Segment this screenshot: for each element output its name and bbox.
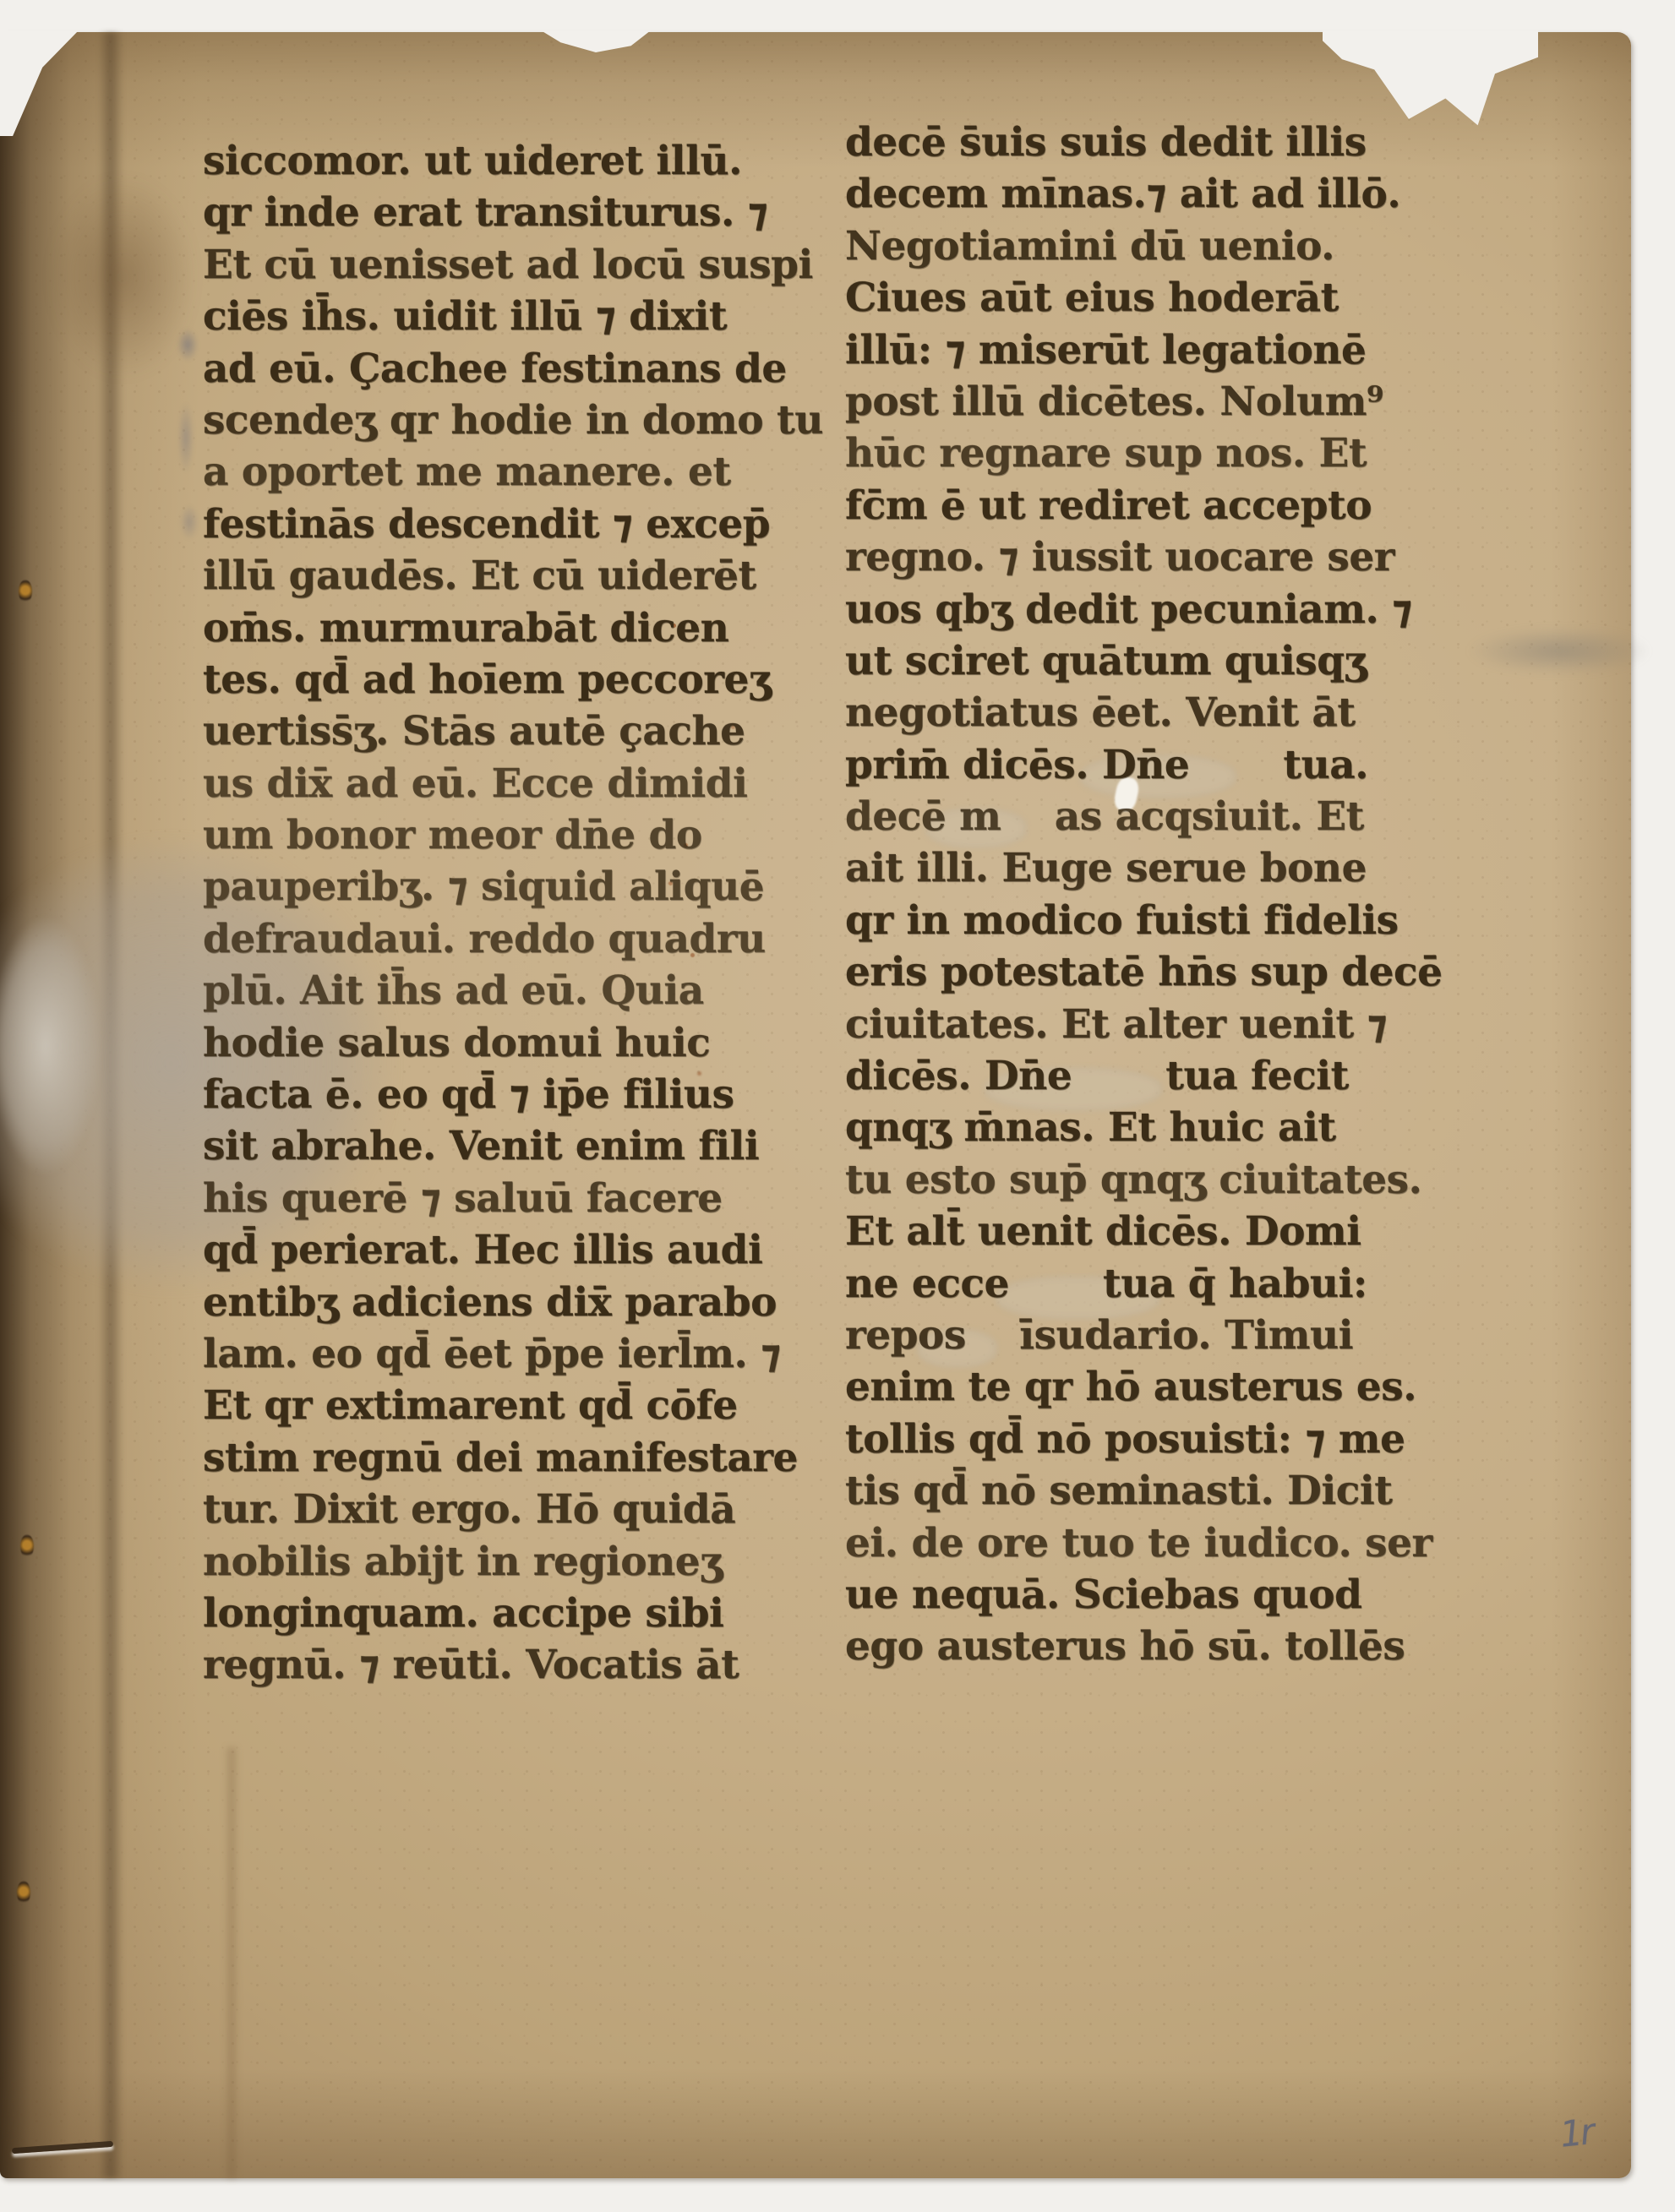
manuscript-line: us dix̄ ad eū. Ecce dimidi (203, 758, 820, 809)
stitch-hole (20, 1534, 34, 1558)
fold-crease (225, 1747, 238, 2178)
manuscript-line: tur. Dixit ergo. Hō quidā (203, 1484, 820, 1535)
text-column-left: siccomor. ut uideret illū.qr inde erat t… (203, 135, 820, 1692)
manuscript-line: Negotiamini dū uenio. (845, 221, 1470, 272)
manuscript-line: decē m as acqsiuit. Et (845, 791, 1470, 842)
stitch-hole (17, 1881, 30, 1904)
manuscript-line: repos īsudario. Timui (845, 1310, 1470, 1361)
manuscript-line: dicēs. Dn̄e tua fecit (845, 1050, 1470, 1102)
manuscript-line: ut sciret quātum quisqʒ (845, 635, 1470, 687)
manuscript-line: uos qbʒ dedit pecuniam. ⁊ (845, 584, 1470, 635)
manuscript-line: ei. de ore tuo te iudico. ser (845, 1517, 1470, 1569)
manuscript-line: qd̄ perierat. Hec illis audi (203, 1224, 820, 1276)
manuscript-line: stim regnū dei manifestare (203, 1432, 820, 1484)
manuscript-line: scendeʒ qr hodie in domo tu (203, 395, 820, 446)
manuscript-line: decē s̄uis suis dedit illis (845, 117, 1470, 168)
manuscript-line: uertiss̄ʒ. Stās autē çache (203, 706, 820, 757)
manuscript-line: Ciues aūt eius hoderāt (845, 272, 1470, 324)
smudge (1458, 619, 1661, 683)
manuscript-line: regno. ⁊ iussit uocare ser (845, 531, 1470, 583)
manuscript-line: pauperibʒ. ⁊ siquid aliquē (203, 861, 820, 913)
manuscript-line: ad eū. Çachee festinans de (203, 343, 820, 395)
manuscript-line: qnqʒ m̄nas. Et huic ait (845, 1102, 1470, 1153)
manuscript-line: siccomor. ut uideret illū. (203, 135, 820, 187)
manuscript-line: ne ecce tua q̄ habui: (845, 1258, 1470, 1310)
manuscript-line: lam. eo qd̄ ēet p̄pe ierl̄m. ⁊ (203, 1328, 820, 1380)
manuscript-line: festinās descendit ⁊ excep̄ (203, 499, 820, 550)
manuscript-line: ait illi. Euge serue bone (845, 842, 1470, 894)
manuscript-line: ego austerus hō sū. tollēs (845, 1621, 1470, 1672)
manuscript-line: negotiatus ēet. Venit āt (845, 687, 1470, 738)
manuscript-line: illū gaudēs. Et cū uiderēt (203, 550, 820, 602)
manuscript-line: qr inde erat transiturus. ⁊ (203, 187, 820, 238)
manuscript-line: fc̄m ē ut rediret accepto (845, 480, 1470, 531)
manuscript-page: siccomor. ut uideret illū.qr inde erat t… (0, 32, 1631, 2178)
manuscript-line: tu esto sup̄ qnqʒ ciuitates. (845, 1154, 1470, 1206)
stitch-hole (19, 580, 32, 603)
tear-corner (0, 30, 79, 136)
manuscript-line: tes. qd̄ ad hoīem peccoreʒ (203, 654, 820, 706)
manuscript-line: Et qr extimarent qd̄ cōfe (203, 1380, 820, 1431)
manuscript-line: post illū dicētes. Nolum⁹ (845, 376, 1470, 428)
abrasion-flap (0, 911, 122, 1181)
manuscript-line: hodie salus domui huic (203, 1017, 820, 1069)
manuscript-line: eris potestatē hn̄s sup decē (845, 946, 1470, 998)
manuscript-line: tollis qd̄ nō posuisti: ⁊ me (845, 1414, 1470, 1465)
manuscript-line: um bonor meor dn̄e do (203, 809, 820, 861)
text-column-right: decē s̄uis suis dedit illisdecem mīnas.⁊… (845, 117, 1470, 1673)
manuscript-line: enim te qr hō austerus es. (845, 1361, 1470, 1413)
manuscript-line: qr in modico fuisti fidelis (845, 895, 1470, 946)
manuscript-line: prim̄ dicēs. Dn̄e tua. (845, 739, 1470, 791)
manuscript-line: illū: ⁊ miserūt legationē (845, 324, 1470, 376)
manuscript-line: regnū. ⁊ reūti. Vocatis āt (203, 1639, 820, 1691)
manuscript-line: entibʒ adiciens dix̄ parabo (203, 1277, 820, 1328)
manuscript-line: a oportet me manere. et (203, 446, 820, 498)
manuscript-line: sit abrahe. Venit enim fili (203, 1120, 820, 1172)
manuscript-line: decem mīnas.⁊ ait ad illō. (845, 168, 1470, 220)
manuscript-line: defraudaui. reddo quadru (203, 913, 820, 965)
manuscript-line: ue nequā. Sciebas quod (845, 1569, 1470, 1621)
manuscript-line: Et cū uenisset ad locū suspi (203, 239, 820, 291)
manuscript-line: Et alt̄ uenit dicēs. Domi (845, 1206, 1470, 1257)
manuscript-line: longinquam. accipe sibi (203, 1588, 820, 1639)
folio-number-pencil: 1r (1558, 2111, 1595, 2155)
manuscript-line: om̄s. murmurabāt dicen (203, 602, 820, 654)
manuscript-line: nobilis abijt in regioneʒ (203, 1536, 820, 1588)
manuscript-line: ciuitates. Et alter uenit ⁊ (845, 999, 1470, 1050)
manuscript-line: hūc regnare sup nos. Et (845, 428, 1470, 479)
manuscript-line: his querē ⁊ saluū facere (203, 1173, 820, 1224)
manuscript-line: plū. Ait ih̄s ad eū. Quia (203, 965, 820, 1016)
manuscript-line: facta ē. eo qd̄ ⁊ ip̄e filius (203, 1069, 820, 1120)
manuscript-line: ciēs ih̄s. uidit illū ⁊ dixit (203, 291, 820, 342)
manuscript-line: tis qd̄ nō seminasti. Dicit (845, 1465, 1470, 1517)
tear-nick (541, 30, 651, 52)
